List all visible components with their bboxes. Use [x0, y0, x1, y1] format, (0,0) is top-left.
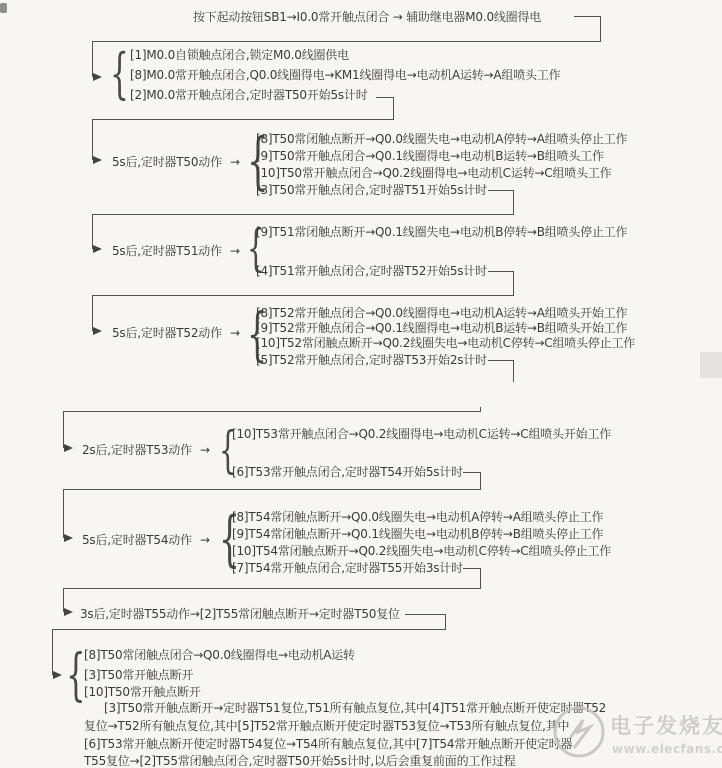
watermark-logo-icon [552, 700, 608, 760]
arrow-glyph: → [230, 325, 240, 342]
flow-step: [1]M0.0自锁触点闭合,锁定M0.0线圈供电 [130, 47, 349, 64]
connector-line [92, 41, 93, 77]
connector-line [463, 472, 481, 473]
scan-artifact [0, 3, 7, 13]
connector-line [92, 214, 93, 249]
connector-line [463, 568, 481, 569]
watermark-brand: 电子发烧友 [610, 710, 722, 740]
flow-step: [3]T50常开触点闭合,定时器T51开始5s计时 [256, 182, 487, 199]
reset-paragraph-line: [3]T50常开触点断开→定时器T51复位,T51所有触点复位,其中[4]T51… [104, 700, 606, 717]
connector-line [488, 190, 514, 191]
flow-step: [10]T53常开触点闭合→Q0.2线圈得电→电动机C运转→C组喷头开始工作 [232, 426, 611, 443]
flow-step: [10]T50常开触点闭合→Q0.2线圈得电→电动机C运转→C组喷头工作 [256, 165, 612, 182]
flow-step: [5]T52常开触点闭合,定时器T53开始2s计时 [256, 352, 487, 369]
connector-line [488, 271, 514, 272]
flow-step: [8]T50常闭触点断开→Q0.0线圈失电→电动机A停转→A组喷头停止工作 [256, 131, 627, 148]
connector-line [445, 614, 446, 630]
connector-line [513, 360, 514, 382]
flow-step: [9]T50常开触点闭合→Q0.1线圈得电→电动机B运转→B组喷头工作 [256, 148, 604, 165]
watermark-site: www.elecfans.com [612, 742, 722, 756]
connector-line [92, 295, 93, 331]
watermark: 电子发烧友 www.elecfans.com [552, 700, 722, 766]
flow-step: [4]T51常开触点闭合,定时器T52开始5s计时 [256, 263, 487, 280]
connector-line [393, 97, 394, 119]
connector-line [52, 629, 446, 630]
timer-label: 5s后,定时器T51动作 [112, 243, 222, 260]
connector-line [92, 119, 394, 120]
timer-label: 5s后,定时器T54动作 [82, 532, 192, 549]
flow-step: [7]T54常开触点闭合,定时器T55开始3s计时 [232, 560, 463, 577]
t55-action-text: 3s后,定时器T55动作→[2]T55常闭触点断开→定时器T50复位 [80, 606, 400, 623]
arrow-glyph: → [200, 532, 210, 549]
flow-step: [6]T53常开触点闭合,定时器T54开始5s计时 [232, 464, 463, 481]
arrowhead-icon [64, 444, 73, 452]
reset-paragraph-line: 复位→T52所有触点复位,其中[5]T52常开触点断开使定时器T53复位→T53… [84, 718, 569, 735]
timer-label: 5s后,定时器T52动作 [112, 325, 222, 342]
connector-line [63, 489, 481, 490]
timer-label: 5s后,定时器T50动作 [112, 154, 222, 171]
brace [110, 44, 129, 106]
arrowhead-icon [93, 327, 102, 335]
reset-paragraph-line: T55复位→[2]T55常闭触点闭合,定时器T50开始5s计时,以后会重复前面的… [84, 753, 516, 768]
flow-step: [10]T52常闭触点断开→Q0.2线圈失电→电动机C停转→C组喷头停止工作 [256, 335, 635, 352]
flow-step: [9]T54常闭触点断开→Q0.1线圈失电→电动机B停转→B组喷头停止工作 [232, 526, 603, 543]
reset-paragraph-line: [6]T53常开触点断开使定时器T54复位→T54所有触点复位,其中[7]T54… [84, 736, 572, 753]
timer-label: 2s后,定时器T53动作 [82, 442, 192, 459]
connector-line [600, 16, 601, 41]
connector-line [480, 472, 481, 489]
connector-line [488, 360, 514, 361]
arrowhead-icon [93, 73, 102, 81]
arrowhead-icon [93, 156, 102, 164]
connector-line [92, 295, 514, 296]
connector-line [92, 41, 601, 42]
start-condition-text: 按下起动按钮SB1→I0.0常开触点闭合 → 辅助继电器M0.0线圈得电 [193, 9, 541, 26]
arrowhead-icon [64, 608, 73, 616]
arrowhead-icon [64, 534, 73, 542]
connector-line [52, 629, 53, 675]
connector-line [513, 190, 514, 214]
arrow-glyph: → [200, 442, 210, 459]
connector-line [63, 489, 64, 538]
connector-line [63, 411, 64, 448]
connector-line [480, 568, 481, 588]
connector-line [376, 97, 394, 98]
connector-line [574, 16, 601, 17]
flow-step: [10]T50常开触点断开 [84, 684, 201, 701]
flow-step: [10]T54常闭触点断开→Q0.2线圈失电→电动机C停转→C组喷头停止工作 [232, 543, 611, 560]
connector-line [513, 271, 514, 295]
connector-line [405, 614, 446, 615]
arrow-glyph: → [230, 243, 240, 260]
arrowhead-icon [93, 245, 102, 253]
flow-step: [8]T50常闭触点闭合→Q0.0线圈得电→电动机A运转 [84, 647, 355, 664]
scan-artifact [700, 352, 722, 378]
connector-line [92, 214, 514, 215]
brace [66, 645, 86, 711]
connector-line [92, 119, 93, 160]
arrow-glyph: → [230, 154, 240, 171]
flow-step: [3]T50常开触点断开 [84, 667, 193, 684]
flow-step: [2]M0.0常开触点闭合,定时器T50开始5s计时 [130, 87, 368, 104]
flow-step: [8]M0.0常开触点闭合,Q0.0线圈得电→KM1线圈得电→电动机A运转→A组… [130, 67, 560, 84]
connector-line [63, 588, 481, 589]
flow-step: [8]T54常闭触点断开→Q0.0线圈失电→电动机A停转→A组喷头停止工作 [232, 509, 603, 526]
plc-timing-flow-diagram: 按下起动按钮SB1→I0.0常开触点闭合 → 辅助继电器M0.0线圈得电 [1]… [0, 0, 722, 768]
arrowhead-icon [53, 671, 62, 679]
connector-line [63, 411, 481, 412]
flow-step: [9]T51常闭触点断开→Q0.1线圈失电→电动机B停转→B组喷头停止工作 [256, 224, 627, 241]
